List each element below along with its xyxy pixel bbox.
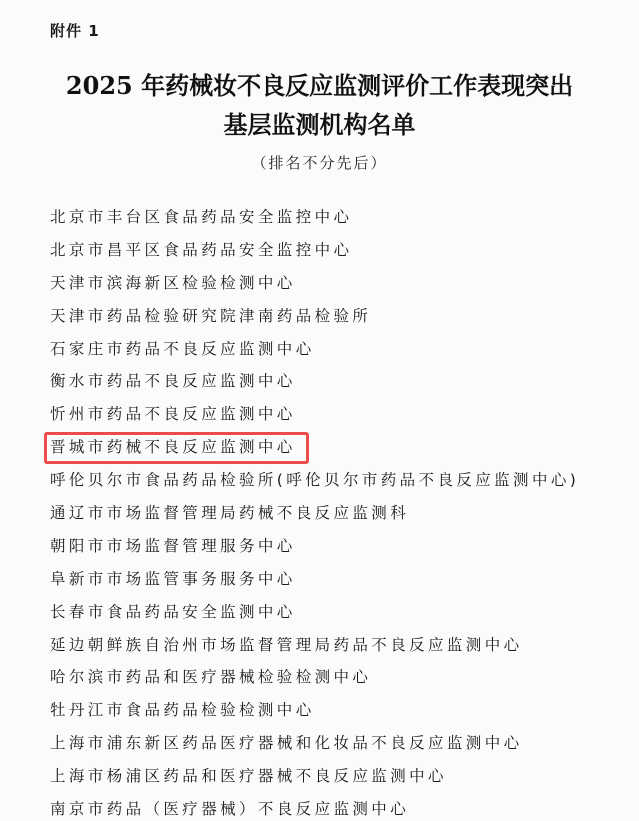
- list-item: 牡丹江市食品药品检验检测中心: [50, 697, 579, 730]
- list-item: 北京市丰台区食品药品安全监控中心: [50, 204, 579, 237]
- page-subtitle: （排名不分先后）: [0, 152, 639, 173]
- list-item: 衡水市药品不良反应监测中心: [50, 368, 579, 401]
- page-title-line-2: 基层监测机构名单: [0, 110, 639, 140]
- list-item: 阜新市市场监管事务服务中心: [50, 566, 579, 599]
- list-item: 天津市药品检验研究院津南药品检验所: [50, 303, 579, 336]
- list-item: 朝阳市市场监督管理服务中心: [50, 533, 579, 566]
- list-item: 呼伦贝尔市食品药品检验所(呼伦贝尔市药品不良反应监测中心): [50, 467, 579, 500]
- list-item: 哈尔滨市药品和医疗器械检验检测中心: [50, 664, 579, 697]
- list-item: 延边朝鲜族自治州市场监督管理局药品不良反应监测中心: [50, 632, 579, 665]
- attachment-label: 附件 1: [50, 20, 100, 41]
- list-item: 长春市食品药品安全监测中心: [50, 599, 579, 632]
- list-item: 通辽市市场监督管理局药械不良反应监测科: [50, 500, 579, 533]
- list-item: 上海市浦东新区药品医疗器械和化妆品不良反应监测中心: [50, 730, 579, 763]
- institution-list: 北京市丰台区食品药品安全监控中心 北京市昌平区食品药品安全监控中心 天津市滨海新…: [50, 204, 579, 821]
- list-item: 北京市昌平区食品药品安全监控中心: [50, 237, 579, 270]
- list-item: 上海市杨浦区药品和医疗器械不良反应监测中心: [50, 763, 579, 796]
- list-item: 天津市滨海新区检验检测中心: [50, 270, 579, 303]
- page-title-line-1: 2025 年药械妆不良反应监测评价工作表现突出: [0, 71, 639, 101]
- list-item: 忻州市药品不良反应监测中心: [50, 401, 579, 434]
- list-item-highlighted: 晋城市药械不良反应监测中心: [50, 434, 579, 467]
- list-item: 石家庄市药品不良反应监测中心: [50, 336, 579, 369]
- list-item: 南京市药品（医疗器械）不良反应监测中心: [50, 796, 579, 821]
